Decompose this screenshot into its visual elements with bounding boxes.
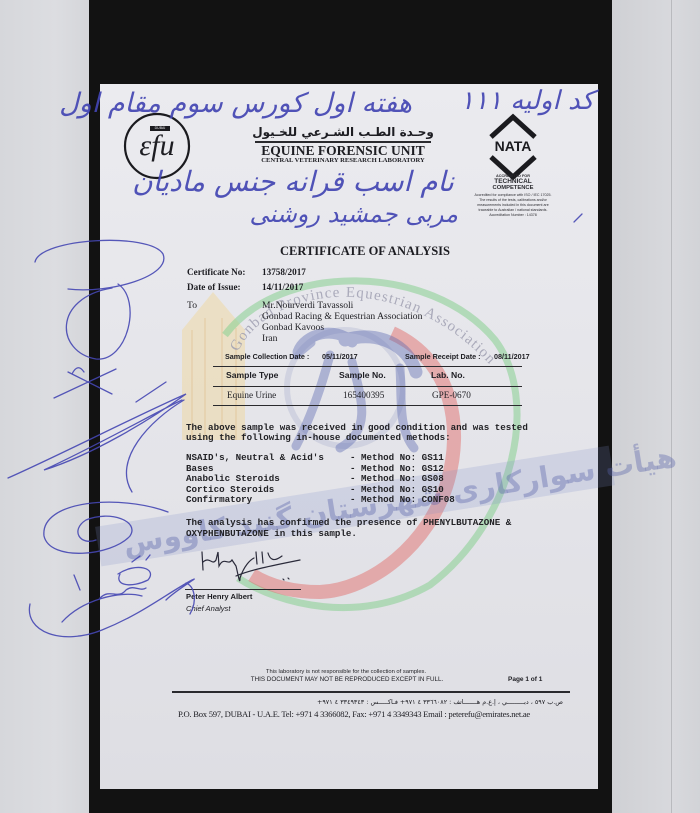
method-name: Anabolic Steroids [186, 474, 280, 483]
footer-page-number: Page 1 of 1 [508, 677, 542, 684]
handwritten-trainer-note: مربی جمشید روشنی [268, 202, 458, 226]
efu-logo-text: εfu [139, 131, 174, 161]
table-cell-sample-type: Equine Urine [227, 391, 276, 400]
signatory-name: Peter Henry Albert [186, 593, 252, 601]
certificate-number-label: Certificate No: [187, 268, 245, 277]
paper-edge-line [671, 0, 672, 813]
conclusion-text-line: OXYPHENBUTAZONE in this sample. [186, 529, 357, 538]
efu-logo-badge-text: DUBAI [155, 127, 166, 131]
recipient-address-line: Gonbad Kavoos [262, 323, 324, 333]
recipient-address-line: Mr.Nourverdi Tavassoli [262, 301, 353, 311]
method-name: NSAID's, Neutral & Acid's [186, 453, 324, 462]
recipient-address-line: Gonbad Racing & Equestrian Association [262, 312, 422, 322]
table-header-lab-no: Lab. No. [431, 371, 465, 380]
header-arabic-name: وحـدة الطـب الشـرعي للخـيول [252, 126, 434, 138]
table-cell-lab-no: GPE-0670 [432, 391, 471, 400]
method-name: Cortico Steroids [186, 485, 274, 494]
footer-divider [172, 691, 570, 693]
handwritten-code-note: کد اولیه ۱۱۱ [462, 88, 594, 114]
sample-collection-label: Sample Collection Date : [225, 353, 309, 360]
table-cell-sample-no: 165400395 [343, 391, 384, 400]
sample-receipt-date: 08/11/2017 [494, 353, 530, 360]
certificate-title: CERTIFICATE OF ANALYSIS [280, 245, 450, 258]
photo-stage: Gonbad Province Equestrian Association ه… [0, 0, 700, 813]
method-number: - Method No: GS11 [350, 453, 444, 462]
method-number: - Method No: CONF08 [350, 495, 455, 504]
footer-reproduction-notice: THIS DOCUMENT MAY NOT BE REPRODUCED EXCE… [251, 677, 444, 683]
table-header-rule [213, 386, 522, 387]
table-bottom-rule [213, 405, 522, 406]
footer-address-arabic: ص.ب ٥٩٧ ، دبـــــــــي ، إ.ع.م هـــــــا… [178, 699, 563, 705]
intro-text-line: using the following in-house documented … [186, 433, 451, 442]
conclusion-text-line: The analysis has confirmed the presence … [186, 518, 511, 527]
nata-logo-text: NATA [495, 139, 532, 153]
sample-collection-date: 05/11/2017 [322, 353, 358, 360]
header-lab-name: EQUINE FORENSIC UNIT [261, 144, 425, 158]
table-header-sample-type: Sample Type [226, 371, 278, 380]
footer-disclaimer: This laboratory is not responsible for t… [266, 670, 426, 676]
signatory-title: Chief Analyst [186, 605, 230, 613]
recipient-address-line: Iran [262, 334, 277, 344]
table-header-sample-no: Sample No. [339, 371, 386, 380]
method-name: Confirmatory [186, 495, 252, 504]
intro-text-line: The above sample was received in good co… [186, 423, 528, 432]
background-paper-left [0, 0, 92, 813]
nata-fine-print: Accreditation Number : 14378 [468, 214, 558, 218]
method-number: - Method No: GS10 [350, 485, 444, 494]
signature-line [185, 589, 301, 590]
method-number: - Method No: GS08 [350, 474, 444, 483]
header-lab-subtitle: CENTRAL VETERINARY RESEARCH LABORATORY [261, 158, 425, 165]
nata-competence: COMPETENCE [468, 186, 558, 192]
sample-receipt-label: Sample Receipt Date : [405, 353, 481, 360]
method-name: Bases [186, 464, 214, 473]
certificate-number-value: 13758/2017 [262, 268, 306, 277]
background-paper-right [610, 0, 700, 813]
table-top-rule [213, 366, 522, 367]
recipient-label: To [187, 301, 197, 311]
date-of-issue-label: Date of Issue: [187, 283, 241, 292]
handwritten-horse-name-note: نام اسب قرانه جنس مادیان [128, 168, 458, 196]
date-of-issue-value: 14/11/2017 [262, 283, 303, 292]
method-number: - Method No: GS12 [350, 464, 444, 473]
footer-address-english: P.O. Box 597, DUBAI - U.A.E. Tel: +971 4… [178, 710, 530, 719]
handwritten-race-note: هفته اول کورس سوم مقام اول [112, 90, 412, 117]
